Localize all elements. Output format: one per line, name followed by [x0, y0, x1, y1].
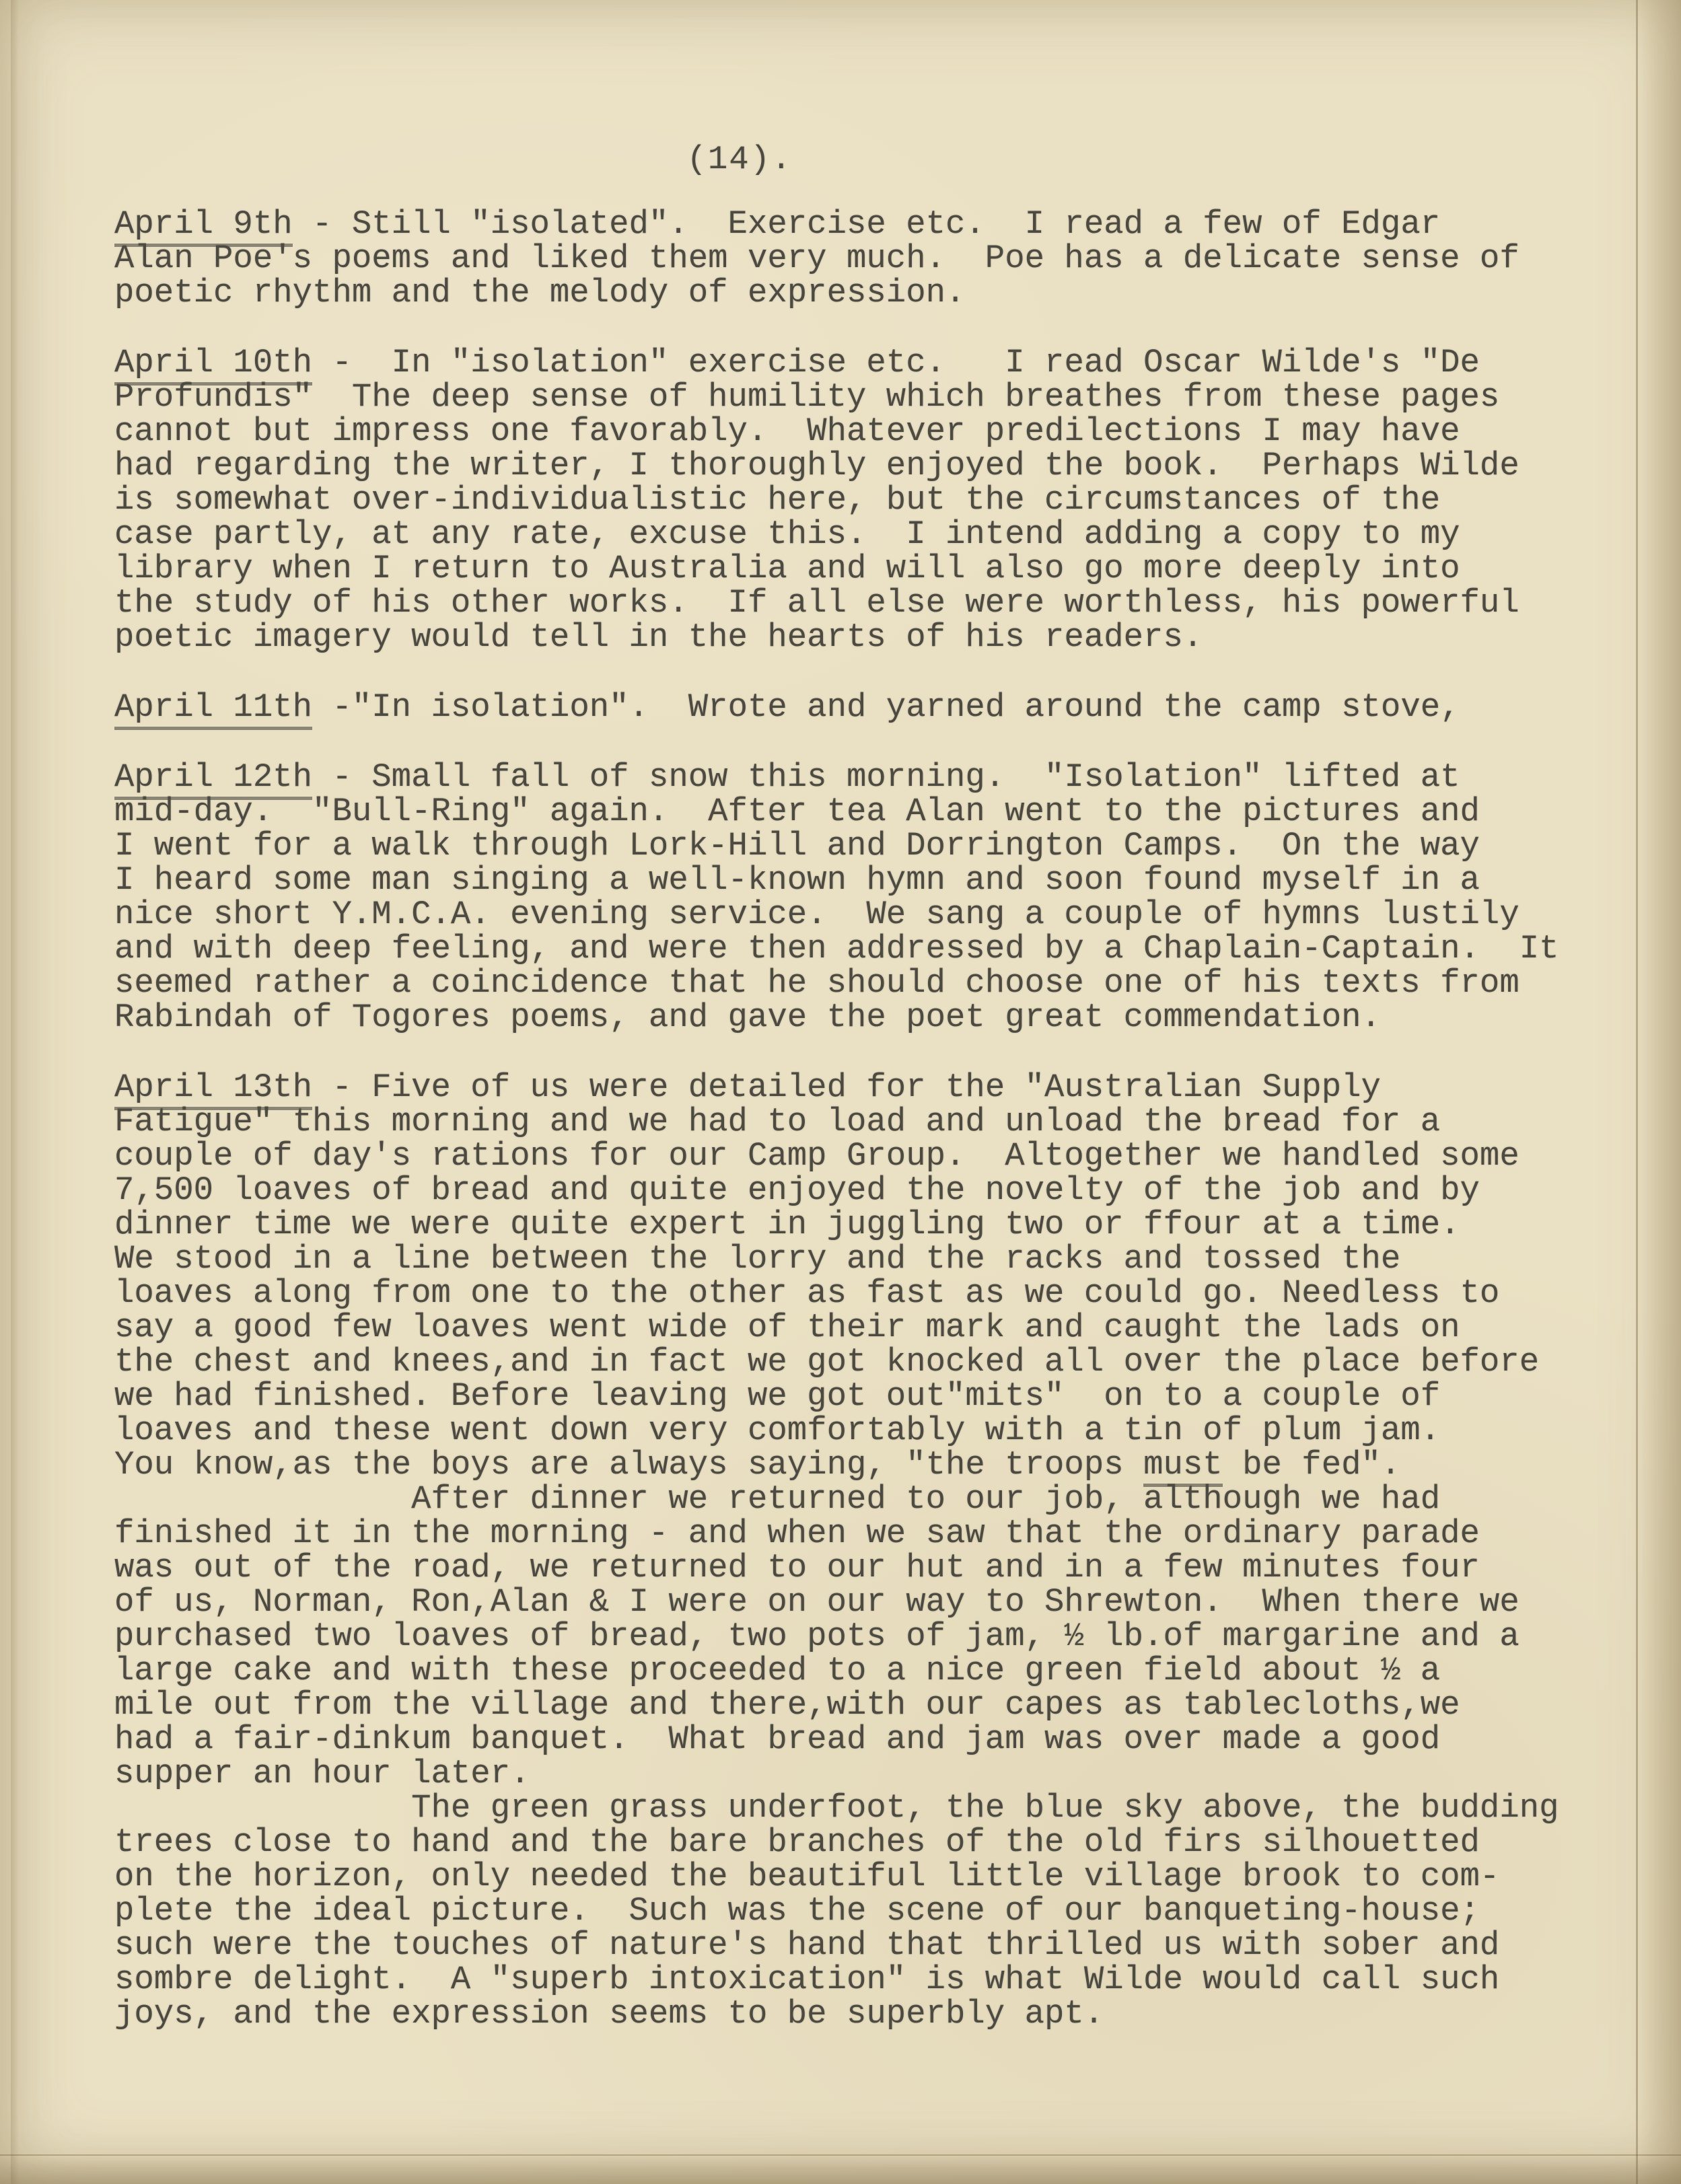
page-number: (14).	[7, 143, 1472, 176]
entry-april-9: April 9th - Still "isolated". Exercise e…	[114, 207, 1580, 310]
entry-text-before-underline: - Five of us were detailed for the "Aust…	[114, 1068, 1539, 1484]
entry-text: - Still "isolated". Exercise etc. I read…	[114, 205, 1519, 312]
entry-april-10: April 10th - In "isolation" exercise etc…	[114, 346, 1580, 655]
entry-text: - In "isolation" exercise etc. I read Os…	[114, 344, 1519, 656]
paper-crease-left	[11, 0, 19, 2184]
entry-text-after-underline: be fed". After dinner we returned to our…	[114, 1446, 1559, 2033]
entry-april-13: April 13th - Five of us were detailed fo…	[114, 1070, 1580, 2031]
paper-edge-right	[1636, 0, 1681, 2184]
diary-page-scan: (14). April 9th - Still "isolated". Exer…	[0, 0, 1681, 2184]
paper-edge-bottom	[0, 2154, 1681, 2184]
diary-entries: April 9th - Still "isolated". Exercise e…	[114, 207, 1580, 2031]
entry-date: April 11th	[114, 688, 312, 730]
entry-text: -"In isolation". Wrote and yarned around…	[312, 688, 1460, 726]
entry-april-11: April 11th -"In isolation". Wrote and ya…	[114, 690, 1580, 725]
entry-text: - Small fall of snow this morning. "Isol…	[114, 758, 1559, 1036]
entry-april-12: April 12th - Small fall of snow this mor…	[114, 760, 1580, 1035]
